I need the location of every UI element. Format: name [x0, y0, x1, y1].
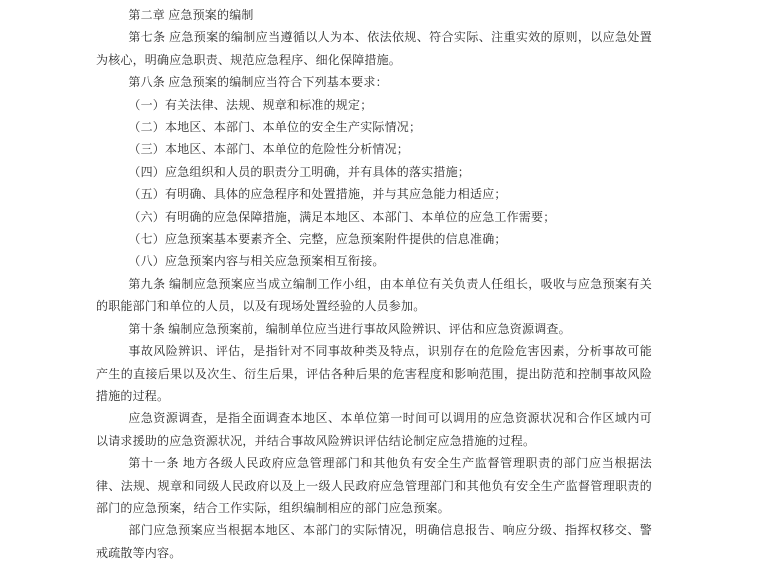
paragraph-article-10: 第十条 编制应急预案前，编制单位应当进行事故风险辨识、评估和应急资源调查。	[96, 318, 652, 340]
paragraph-risk-assessment-definition: 事故风险辨识、评估，是指针对不同事故种类及特点，识别存在的危险危害因素，分析事故…	[96, 340, 652, 407]
paragraph-article-11: 第十一条 地方各级人民政府应急管理部门和其他负有安全生产监督管理职责的部门应当根…	[96, 452, 652, 519]
document-page: 第二章 应急预案的编制 第七条 应急预案的编制应当遵循以人为本、依法依规、符合实…	[0, 0, 760, 570]
paragraph-resource-survey-definition: 应急资源调查，是指全面调查本地区、本单位第一时间可以调用的应急资源状况和合作区域…	[96, 407, 652, 452]
paragraph-article-8-item-5: （五）有明确、具体的应急程序和处置措施，并与其应急能力相适应；	[96, 183, 652, 205]
paragraph-department-plan-contents: 部门应急预案应当根据本地区、本部门的实际情况，明确信息报告、响应分级、指挥权移交…	[96, 519, 652, 564]
paragraph-article-7: 第七条 应急预案的编制应当遵循以人为本、依法依规、符合实际、注重实效的原则，以应…	[96, 26, 652, 71]
paragraph-article-8-item-4: （四）应急组织和人员的职责分工明确，并有具体的落实措施；	[96, 161, 652, 183]
paragraph-article-9: 第九条 编制应急预案应当成立编制工作小组，由本单位有关负责人任组长，吸收与应急预…	[96, 273, 652, 318]
paragraph-article-8-item-7: （七）应急预案基本要素齐全、完整，应急预案附件提供的信息准确；	[96, 228, 652, 250]
paragraph-article-8-item-3: （三）本地区、本部门、本单位的危险性分析情况；	[96, 138, 652, 160]
paragraph-article-8: 第八条 应急预案的编制应当符合下列基本要求：	[96, 71, 652, 93]
paragraph-article-8-item-6: （六）有明确的应急保障措施，满足本地区、本部门、本单位的应急工作需要；	[96, 206, 652, 228]
paragraph-chapter-2-title: 第二章 应急预案的编制	[96, 4, 652, 26]
paragraph-article-8-item-1: （一）有关法律、法规、规章和标准的规定；	[96, 94, 652, 116]
paragraph-article-8-item-2: （二）本地区、本部门、本单位的安全生产实际情况；	[96, 116, 652, 138]
paragraph-article-8-item-8: （八）应急预案内容与相关应急预案相互衔接。	[96, 250, 652, 272]
